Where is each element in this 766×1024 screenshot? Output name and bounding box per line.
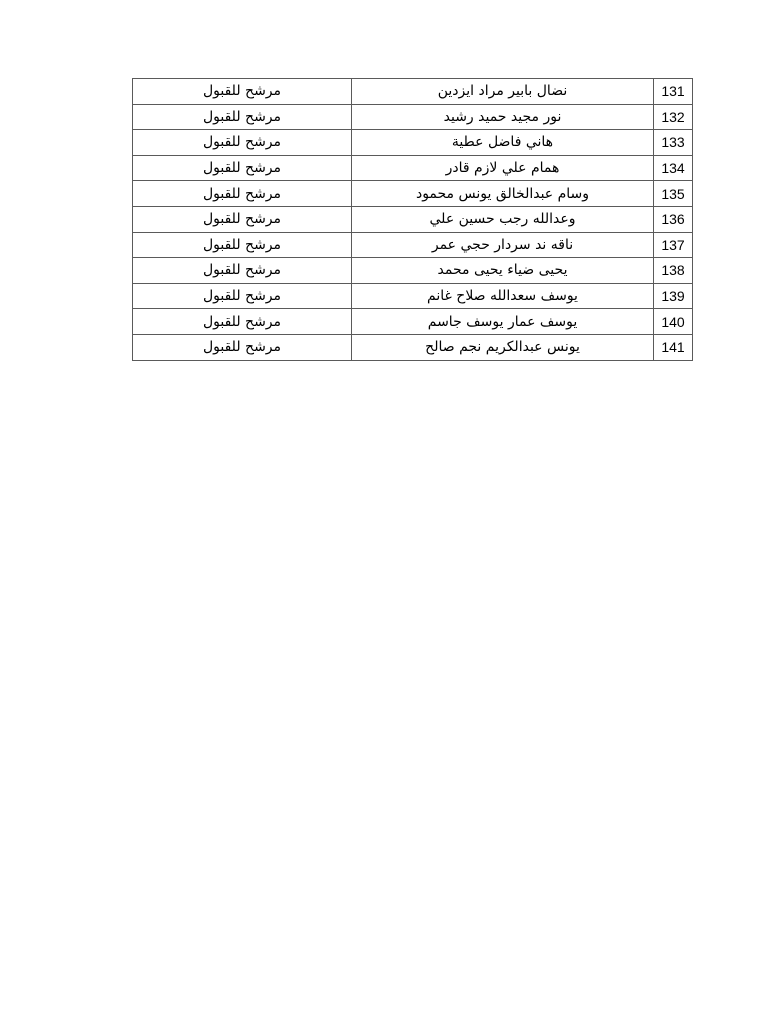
candidate-name: وسام عبدالخالق يونس محمود [352,181,654,207]
table-row: 140 يوسف عمار يوسف جاسم مرشح للقبول [133,309,693,335]
table-row: 131 نضال بابير مراد ايزدين مرشح للقبول [133,79,693,105]
table-row: 138 يحيى ضياء يحيى محمد مرشح للقبول [133,258,693,284]
row-number: 133 [654,130,693,156]
candidate-name: هاني فاضل عطية [352,130,654,156]
candidate-status: مرشح للقبول [133,283,352,309]
table-row: 141 يونس عبدالكريم نجم صالح مرشح للقبول [133,334,693,360]
row-number: 134 [654,155,693,181]
table-row: 134 همام علي لازم قادر مرشح للقبول [133,155,693,181]
table-row: 135 وسام عبدالخالق يونس محمود مرشح للقبو… [133,181,693,207]
table-row: 133 هاني فاضل عطية مرشح للقبول [133,130,693,156]
table-row: 132 نور مجيد حميد رشيد مرشح للقبول [133,104,693,130]
candidate-name: نضال بابير مراد ايزدين [352,79,654,105]
candidate-status: مرشح للقبول [133,79,352,105]
table-row: 139 يوسف سعدالله صلاح غانم مرشح للقبول [133,283,693,309]
row-number: 135 [654,181,693,207]
candidate-status: مرشح للقبول [133,232,352,258]
candidate-name: وعدالله رجب حسين علي [352,206,654,232]
document-page: 131 نضال بابير مراد ايزدين مرشح للقبول 1… [0,0,766,1024]
candidate-status: مرشح للقبول [133,206,352,232]
candidate-name: ناقه ند سردار حجي عمر [352,232,654,258]
candidate-status: مرشح للقبول [133,155,352,181]
row-number: 138 [654,258,693,284]
row-number: 137 [654,232,693,258]
candidate-status: مرشح للقبول [133,258,352,284]
candidate-status: مرشح للقبول [133,309,352,335]
row-number: 140 [654,309,693,335]
candidate-status: مرشح للقبول [133,181,352,207]
candidates-table: 131 نضال بابير مراد ايزدين مرشح للقبول 1… [132,78,693,361]
candidate-status: مرشح للقبول [133,104,352,130]
candidate-status: مرشح للقبول [133,334,352,360]
candidate-name: يوسف عمار يوسف جاسم [352,309,654,335]
table-row: 137 ناقه ند سردار حجي عمر مرشح للقبول [133,232,693,258]
candidate-name: همام علي لازم قادر [352,155,654,181]
candidate-status: مرشح للقبول [133,130,352,156]
candidate-name: يوسف سعدالله صلاح غانم [352,283,654,309]
table-row: 136 وعدالله رجب حسين علي مرشح للقبول [133,206,693,232]
row-number: 132 [654,104,693,130]
row-number: 141 [654,334,693,360]
row-number: 136 [654,206,693,232]
candidate-name: نور مجيد حميد رشيد [352,104,654,130]
row-number: 131 [654,79,693,105]
candidate-name: يونس عبدالكريم نجم صالح [352,334,654,360]
row-number: 139 [654,283,693,309]
candidate-name: يحيى ضياء يحيى محمد [352,258,654,284]
